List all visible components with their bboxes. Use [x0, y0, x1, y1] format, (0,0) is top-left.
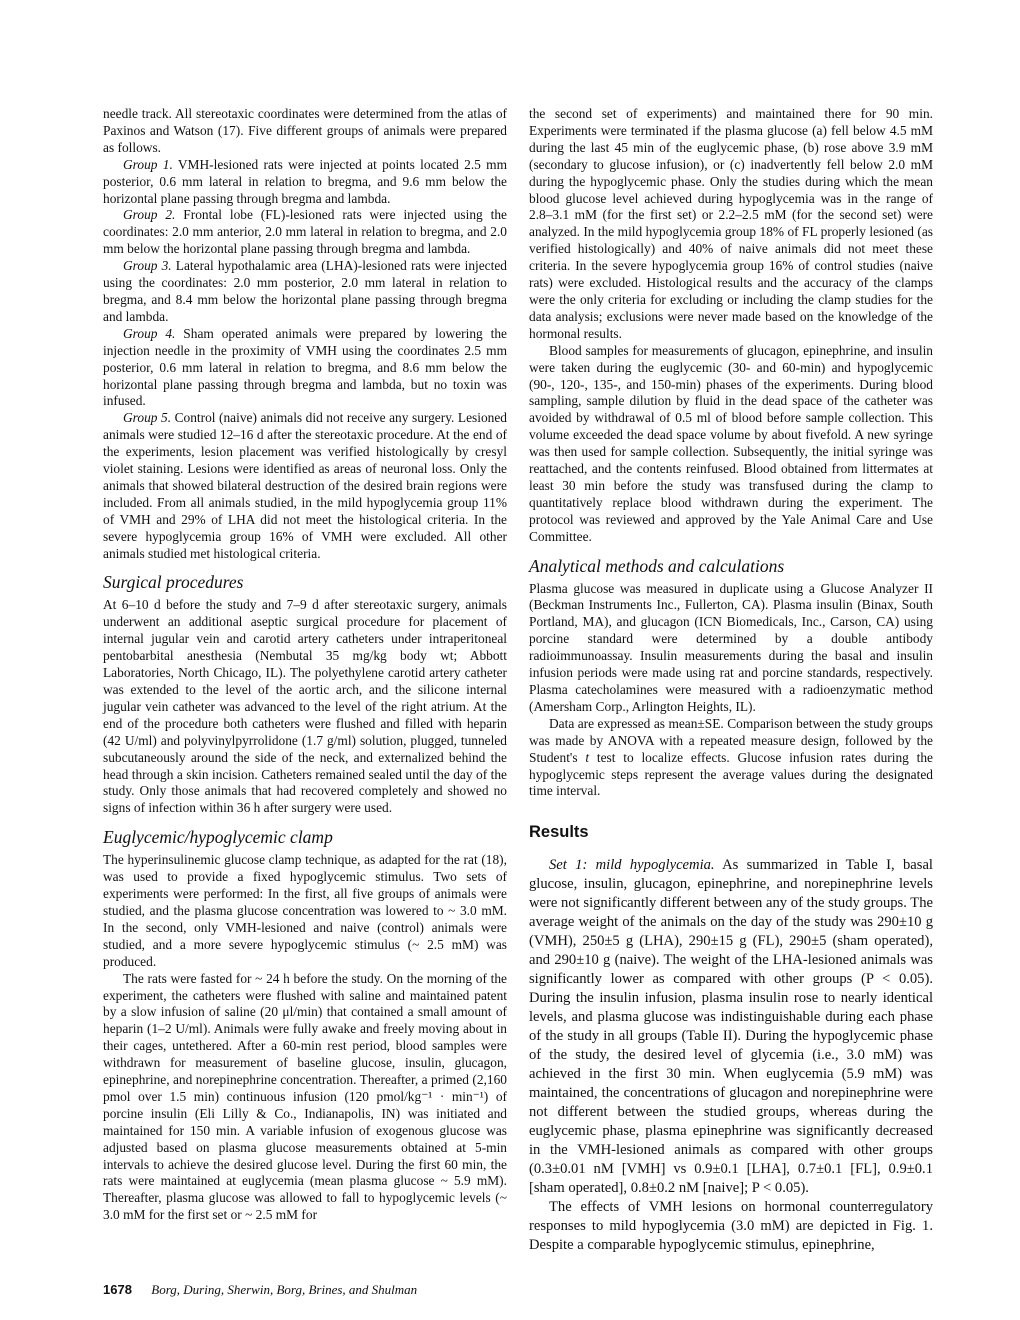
results-heading: Results	[529, 822, 933, 842]
group-1-paragraph: Group 1. VMH-lesioned rats were injected…	[103, 157, 507, 208]
group-5-label: Group 5.	[123, 410, 171, 425]
results-paragraph-2: The effects of VMH lesions on hormonal c…	[529, 1198, 933, 1255]
results-body: Set 1: mild hypoglycemia. As summarized …	[529, 856, 933, 1255]
blood-samples-paragraph: Blood samples for measurements of glucag…	[529, 343, 933, 546]
clamp-heading: Euglycemic/hypoglycemic clamp	[103, 827, 507, 847]
running-authors: Borg, During, Sherwin, Borg, Brines, and…	[151, 1282, 417, 1297]
group-4-label: Group 4.	[123, 326, 175, 341]
analytical-paragraph-2: Data are expressed as mean±SE. Compariso…	[529, 716, 933, 801]
group-2-label: Group 2.	[123, 207, 175, 222]
group-5-text: Control (naive) animals did not receive …	[103, 410, 507, 560]
left-column: needle track. All stereotaxic coordinate…	[103, 106, 507, 1224]
surgical-procedures-paragraph: At 6–10 d before the study and 7–9 d aft…	[103, 597, 507, 817]
clamp-paragraph-2: The rats were fasted for ~ 24 h before t…	[103, 971, 507, 1225]
right-column: the second set of experiments) and maint…	[529, 106, 933, 1255]
clamp-continuation-paragraph: the second set of experiments) and maint…	[529, 106, 933, 343]
group-3-paragraph: Group 3. Lateral hypothalamic area (LHA)…	[103, 258, 507, 326]
group-3-label: Group 3.	[123, 258, 172, 273]
analytical-p2-end: test to localize effects. Glucose infusi…	[529, 750, 933, 799]
analytical-paragraph-1: Plasma glucose was measured in duplicate…	[529, 581, 933, 716]
page-footer: 1678 Borg, During, Sherwin, Borg, Brines…	[103, 1282, 417, 1298]
results-paragraph-1-text: As summarized in Table I, basal glucose,…	[529, 857, 933, 1196]
group-4-paragraph: Group 4. Sham operated animals were prep…	[103, 326, 507, 411]
surgical-procedures-heading: Surgical procedures	[103, 572, 507, 592]
clamp-paragraph-1: The hyperinsulinemic glucose clamp techn…	[103, 852, 507, 970]
group-1-label: Group 1.	[123, 157, 173, 172]
page-number: 1678	[103, 1282, 148, 1297]
analytical-methods-heading: Analytical methods and calculations	[529, 556, 933, 576]
set-1-label: Set 1: mild hypoglycemia.	[549, 857, 715, 873]
results-paragraph-1: Set 1: mild hypoglycemia. As summarized …	[529, 856, 933, 1198]
intro-paragraph: needle track. All stereotaxic coordinate…	[103, 106, 507, 157]
group-2-paragraph: Group 2. Frontal lobe (FL)-lesioned rats…	[103, 207, 507, 258]
group-5-paragraph: Group 5. Control (naive) animals did not…	[103, 410, 507, 562]
